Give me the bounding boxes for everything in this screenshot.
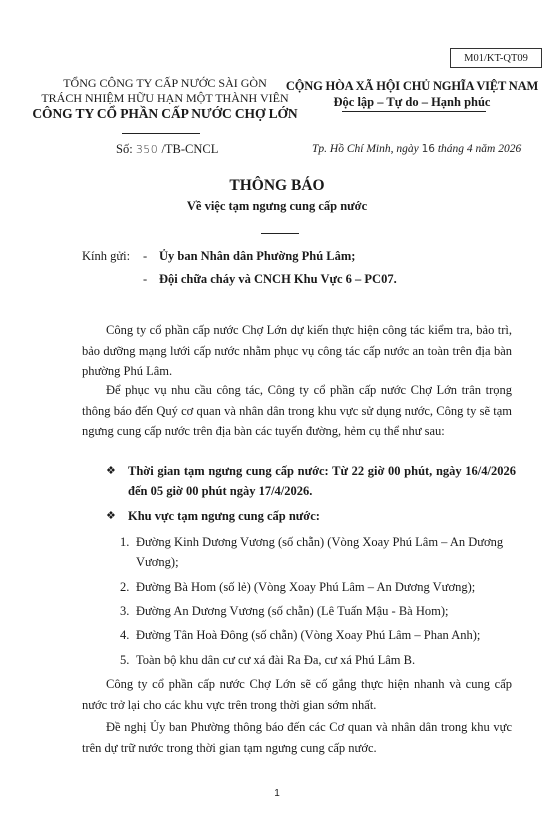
notice-subject: Về việc tạm ngưng cung cấp nước — [0, 199, 554, 214]
date-month-label: tháng — [435, 143, 467, 155]
area-text: Đường Bà Hom (số lẻ) (Vòng Xoay Phú Lâm … — [136, 577, 505, 597]
recipient-item: -Ủy ban Nhân dân Phường Phú Lâm; — [143, 249, 355, 264]
area-number: 1. — [120, 532, 129, 552]
document-number: Số: 350 /TB-CNCL — [116, 142, 218, 157]
org-divider — [122, 133, 200, 134]
recipient-text: Đội chữa cháy và CNCH Khu Vực 6 – PC07. — [159, 272, 397, 286]
diamond-dots-icon: ❖ — [106, 462, 116, 482]
page-number: 1 — [0, 788, 554, 799]
doc-number-suffix: /TB-CNCL — [158, 142, 218, 156]
doc-number-prefix: Số: — [116, 142, 136, 156]
doc-number-value: 350 — [136, 143, 159, 156]
diamond-dots-icon: ❖ — [106, 507, 116, 527]
form-code: M01/KT-QT09 — [464, 53, 528, 64]
area-text: Toàn bộ khu dân cư cư xá đài Ra Đa, cư x… — [136, 650, 505, 670]
national-header: CỘNG HÒA XÃ HỘI CHỦ NGHĨA VIỆT NAM Độc l… — [282, 78, 542, 110]
body-paragraph-4: Đề nghị Ủy ban Phường thông báo đến các … — [82, 717, 512, 758]
recipient-item: -Đội chữa cháy và CNCH Khu Vực 6 – PC07. — [143, 272, 397, 287]
area-item: 1. Đường Kinh Dương Vương (số chẵn) (Vòn… — [120, 532, 505, 572]
area-number: 5. — [120, 650, 129, 670]
date-year: năm 2026 — [473, 143, 522, 155]
notice-title: THÔNG BÁO — [0, 177, 554, 195]
outage-area-heading: Khu vực tạm ngưng cung cấp nước: — [128, 507, 516, 527]
area-item: 5. Toàn bộ khu dân cư cư xá đài Ra Đa, c… — [120, 650, 505, 670]
date-place: Tp. Hồ Chí Minh, ngày — [312, 143, 422, 155]
area-item: 4. Đường Tân Hoà Đông (số chẵn) (Vòng Xo… — [120, 625, 505, 645]
area-text: Đường An Dương Vương (số chẵn) (Lê Tuấn … — [136, 601, 505, 621]
body-paragraph-3: Công ty cổ phần cấp nước Chợ Lớn sẽ cố g… — [82, 674, 512, 715]
dash-icon: - — [143, 272, 159, 287]
nation-motto: Độc lập – Tự do – Hạnh phúc — [282, 94, 542, 110]
organization-header: TỔNG CÔNG TY CẤP NƯỚC SÀI GÒN TRÁCH NHIỆ… — [30, 76, 300, 121]
form-code-box: M01/KT-QT09 — [450, 48, 542, 68]
area-number: 4. — [120, 625, 129, 645]
nation-title: CỘNG HÒA XÃ HỘI CHỦ NGHĨA VIỆT NAM — [282, 78, 542, 94]
area-number: 2. — [120, 577, 129, 597]
area-item: 2. Đường Bà Hom (số lẻ) (Vòng Xoay Phú L… — [120, 577, 505, 597]
recipient-text: Ủy ban Nhân dân Phường Phú Lâm; — [159, 249, 355, 263]
date-day: 16 — [422, 143, 435, 155]
body-paragraph-1: Công ty cổ phần cấp nước Chợ Lớn dự kiến… — [82, 320, 512, 382]
document-date: Tp. Hồ Chí Minh, ngày 16 tháng 4 năm 202… — [312, 143, 521, 155]
company-name: CÔNG TY CỔ PHẦN CẤP NƯỚC CHỢ LỚN — [30, 106, 300, 121]
motto-divider — [342, 111, 486, 112]
subject-divider — [261, 233, 299, 234]
body-paragraph-2: Để phục vụ nhu cầu công tác, Công ty cổ … — [82, 380, 512, 442]
recipients-label: Kính gửi: — [82, 249, 130, 264]
parent-org-line2: TRÁCH NHIỆM HỮU HẠN MỘT THÀNH VIÊN — [30, 91, 300, 106]
dash-icon: - — [143, 249, 159, 264]
area-text: Đường Tân Hoà Đông (số chẵn) (Vòng Xoay … — [136, 625, 505, 645]
area-text: Đường Kinh Dương Vương (số chẵn) (Vòng X… — [136, 532, 505, 572]
area-item: 3. Đường An Dương Vương (số chẵn) (Lê Tu… — [120, 601, 505, 621]
outage-area-bullet: ❖ Khu vực tạm ngưng cung cấp nước: — [106, 507, 516, 527]
area-number: 3. — [120, 601, 129, 621]
outage-time: Thời gian tạm ngưng cung cấp nước: Từ 22… — [128, 462, 516, 501]
outage-time-bullet: ❖ Thời gian tạm ngưng cung cấp nước: Từ … — [106, 462, 516, 501]
parent-org-line1: TỔNG CÔNG TY CẤP NƯỚC SÀI GÒN — [30, 76, 300, 91]
